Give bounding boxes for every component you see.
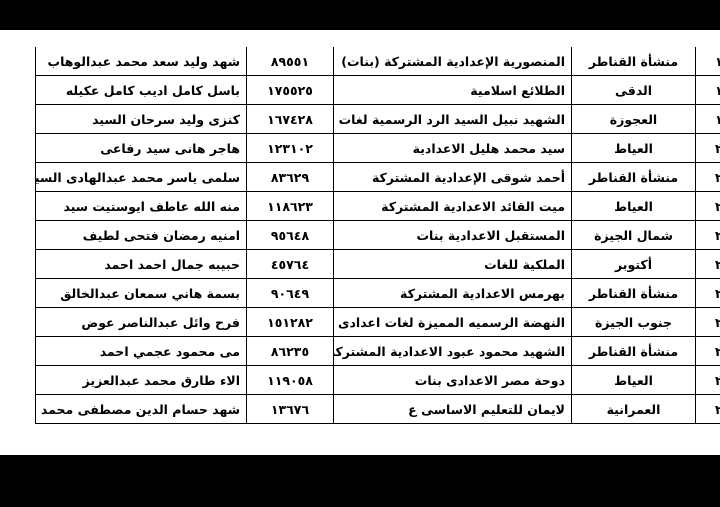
row-number-cell: ٢٠٠ bbox=[696, 134, 720, 163]
seat-number-cell: ١١٩٠٥٨ bbox=[247, 366, 334, 395]
table-row: ٢٠٣ شمال الجيزة المستقبل الاعدادية بنات … bbox=[36, 221, 720, 250]
table-row: ٢٠٧ منشأة القناطر الشهيد محمود عبود الاع… bbox=[36, 337, 720, 366]
table-row: ٢٠٦ جنوب الجيزة النهضة الرسميه المميزة ل… bbox=[36, 308, 720, 337]
school-name-cell: أحمد شوقى الإعدادية المشتركة bbox=[334, 163, 572, 192]
row-number-cell: ٢٠١ bbox=[696, 163, 720, 192]
seat-number-cell: ٩٠٦٤٩ bbox=[247, 279, 334, 308]
row-number-cell: ٢٠٤ bbox=[696, 250, 720, 279]
row-number-cell: ١٩٩ bbox=[696, 105, 720, 134]
student-name-cell: منه الله عاطف ايوستيت سيد bbox=[36, 192, 247, 221]
district-cell: جنوب الجيزة bbox=[572, 308, 696, 337]
district-cell: العمرانية bbox=[572, 395, 696, 424]
row-number-cell: ٢٠٧ bbox=[696, 337, 720, 366]
district-cell: العياط bbox=[572, 134, 696, 163]
table-row: ١٩٩ العجوزة الشهيد نبيل السيد الرد الرسم… bbox=[36, 105, 720, 134]
school-name-cell: بهرمس الاعدادية المشتركة bbox=[334, 279, 572, 308]
row-number-cell: ٢٠٣ bbox=[696, 221, 720, 250]
student-name-cell: باسل كامل اديب كامل عكيله bbox=[36, 76, 247, 105]
student-name-cell: امنيه رمضان فتحى لطيف bbox=[36, 221, 247, 250]
district-cell: منشأة القناطر bbox=[572, 163, 696, 192]
student-name-cell: مى محمود عجمي احمد bbox=[36, 337, 247, 366]
table-row: ٢٠٢ العياط ميت القائد الاعدادية المشتركة… bbox=[36, 192, 720, 221]
row-number-cell: ٢٠٢ bbox=[696, 192, 720, 221]
student-name-cell: حبيبه جمال احمد احمد bbox=[36, 250, 247, 279]
school-name-cell: ميت القائد الاعدادية المشتركة bbox=[334, 192, 572, 221]
district-cell: أكتوبر bbox=[572, 250, 696, 279]
district-cell: الدقى bbox=[572, 76, 696, 105]
school-name-cell: الطلائع اسلامية bbox=[334, 76, 572, 105]
student-name-cell: فرح وائل عبدالناصر عوض bbox=[36, 308, 247, 337]
document-page: ١٩٧ منشأة القناطر المنصورية الإعدادية ال… bbox=[0, 30, 720, 455]
seat-number-cell: ٨٦٢٣٥ bbox=[247, 337, 334, 366]
school-name-cell: الشهيد نبيل السيد الرد الرسمية لغات bbox=[334, 105, 572, 134]
school-name-cell: المنصورية الإعدادية المشتركة (بنات) bbox=[334, 47, 572, 76]
seat-number-cell: ١١٨٦٢٣ bbox=[247, 192, 334, 221]
table-row: ٢٠٥ منشأة القناطر بهرمس الاعدادية المشتر… bbox=[36, 279, 720, 308]
table-row: ٢٠٠ العياط سيد محمد هليل الاعدادية ١٢٣١٠… bbox=[36, 134, 720, 163]
screenshot-root: { "page": { "background_color": "#000000… bbox=[0, 0, 720, 507]
table-row: ٢٠٩ العمرانية لايمان للتعليم الاساسى ع ١… bbox=[36, 395, 720, 424]
row-number-cell: ٢٠٩ bbox=[696, 395, 720, 424]
student-name-cell: بسمة هاني سمعان عبدالخالق bbox=[36, 279, 247, 308]
student-name-cell: الاء طارق محمد عبدالعزيز bbox=[36, 366, 247, 395]
student-name-cell: شهد وليد سعد محمد عبدالوهاب bbox=[36, 47, 247, 76]
district-cell: منشأة القناطر bbox=[572, 47, 696, 76]
table-row: ٢٠٨ العياط دوحة مصر الاعدادى بنات ١١٩٠٥٨… bbox=[36, 366, 720, 395]
seat-number-cell: ١٢٣١٠٢ bbox=[247, 134, 334, 163]
student-name-cell: كنزى وليد سرحان السيد bbox=[36, 105, 247, 134]
exam-results-table-body: ١٩٧ منشأة القناطر المنصورية الإعدادية ال… bbox=[36, 47, 720, 424]
district-cell: العياط bbox=[572, 366, 696, 395]
row-number-cell: ٢٠٦ bbox=[696, 308, 720, 337]
seat-number-cell: ١٣٦٧٦ bbox=[247, 395, 334, 424]
table-row: ٢٠١ منشأة القناطر أحمد شوقى الإعدادية ال… bbox=[36, 163, 720, 192]
student-name-cell: هاجر هانى سيد رفاعى bbox=[36, 134, 247, 163]
school-name-cell: الشهيد محمود عبود الاعدادية المشتركة bbox=[334, 337, 572, 366]
school-name-cell: النهضة الرسميه المميزة لغات اعدادى bbox=[334, 308, 572, 337]
seat-number-cell: ٤٥٧٦٤ bbox=[247, 250, 334, 279]
table-row: ١٩٨ الدقى الطلائع اسلامية ١٧٥٥٢٥ باسل كا… bbox=[36, 76, 720, 105]
district-cell: منشأة القناطر bbox=[572, 337, 696, 366]
district-cell: شمال الجيزة bbox=[572, 221, 696, 250]
district-cell: العياط bbox=[572, 192, 696, 221]
table-row: ١٩٧ منشأة القناطر المنصورية الإعدادية ال… bbox=[36, 47, 720, 76]
seat-number-cell: ٩٥٦٤٨ bbox=[247, 221, 334, 250]
row-number-cell: ٢٠٨ bbox=[696, 366, 720, 395]
seat-number-cell: ٨٣٦٢٩ bbox=[247, 163, 334, 192]
row-number-cell: ١٩٧ bbox=[696, 47, 720, 76]
student-name-cell: سلمى ياسر محمد عبدالهادى السيد bbox=[36, 163, 247, 192]
school-name-cell: لايمان للتعليم الاساسى ع bbox=[334, 395, 572, 424]
district-cell: منشأة القناطر bbox=[572, 279, 696, 308]
seat-number-cell: ١٦٧٤٢٨ bbox=[247, 105, 334, 134]
table-row: ٢٠٤ أكتوبر الملكية للغات ٤٥٧٦٤ حبيبه جما… bbox=[36, 250, 720, 279]
row-number-cell: ١٩٨ bbox=[696, 76, 720, 105]
row-number-cell: ٢٠٥ bbox=[696, 279, 720, 308]
district-cell: العجوزة bbox=[572, 105, 696, 134]
seat-number-cell: ١٥١٢٨٢ bbox=[247, 308, 334, 337]
exam-results-table: ١٩٧ منشأة القناطر المنصورية الإعدادية ال… bbox=[35, 47, 720, 424]
school-name-cell: الملكية للغات bbox=[334, 250, 572, 279]
school-name-cell: سيد محمد هليل الاعدادية bbox=[334, 134, 572, 163]
seat-number-cell: ١٧٥٥٢٥ bbox=[247, 76, 334, 105]
school-name-cell: المستقبل الاعدادية بنات bbox=[334, 221, 572, 250]
school-name-cell: دوحة مصر الاعدادى بنات bbox=[334, 366, 572, 395]
seat-number-cell: ٨٩٥٥١ bbox=[247, 47, 334, 76]
student-name-cell: شهد حسام الدين مصطفى محمد مصطفى bbox=[36, 395, 247, 424]
